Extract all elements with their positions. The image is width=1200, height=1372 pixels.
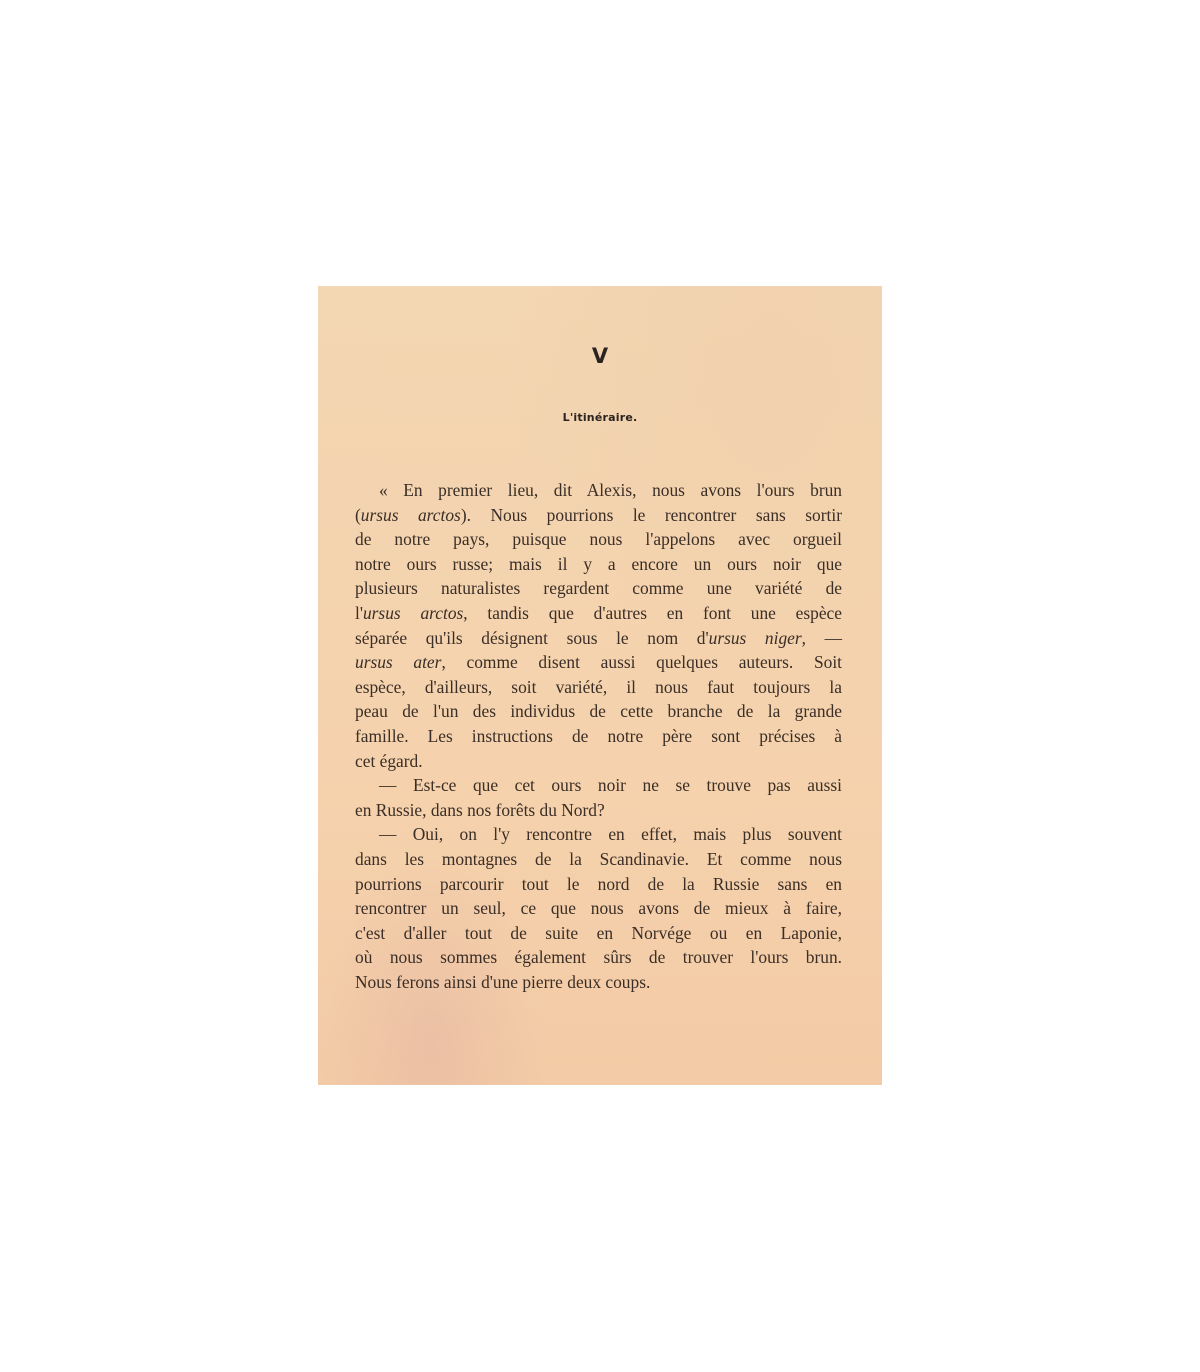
text-line: l'ursus arctos, tandis que d'autres en f… <box>355 601 842 626</box>
text-line: peau de l'un des individus de cette bran… <box>355 699 842 724</box>
paragraph-3: — Oui, on l'y rencontre en effet, mais p… <box>355 822 842 994</box>
text-line: où nous sommes également sûrs de trouver… <box>355 945 842 970</box>
text-line: « En premier lieu, dit Alexis, nous avon… <box>355 478 842 503</box>
paragraph-2: — Est-ce que cet ours noir ne se trouve … <box>355 773 842 822</box>
text-line: pourrions parcourir tout le nord de la R… <box>355 872 842 897</box>
text-line: rencontrer un seul, ce que nous avons de… <box>355 896 842 921</box>
body-text: « En premier lieu, dit Alexis, nous avon… <box>355 478 842 994</box>
text-line: — Oui, on l'y rencontre en effet, mais p… <box>355 822 842 847</box>
text-line: espèce, d'ailleurs, soit variété, il nou… <box>355 675 842 700</box>
book-page: V L'itinéraire. « En premier lieu, dit A… <box>318 286 882 1085</box>
text-line: c'est d'aller tout de suite en Norvége o… <box>355 921 842 946</box>
text-line: — Est-ce que cet ours noir ne se trouve … <box>355 773 842 798</box>
text-line: notre ours russe; mais il y a encore un … <box>355 552 842 577</box>
text-line: Nous ferons ainsi d'une pierre deux coup… <box>355 970 842 995</box>
chapter-title: L'itinéraire. <box>318 411 882 424</box>
text-line: plusieurs naturalistes regardent comme u… <box>355 576 842 601</box>
paragraph-1: « En premier lieu, dit Alexis, nous avon… <box>355 478 842 773</box>
text-line: séparée qu'ils désignent sous le nom d'u… <box>355 626 842 651</box>
text-line: famille. Les instructions de notre père … <box>355 724 842 749</box>
text-line: cet égard. <box>355 749 842 774</box>
text-line: dans les montagnes de la Scandinavie. Et… <box>355 847 842 872</box>
text-line: en Russie, dans nos forêts du Nord? <box>355 798 842 823</box>
chapter-number: V <box>318 344 882 368</box>
text-line: (ursus arctos). Nous pourrions le rencon… <box>355 503 842 528</box>
text-line: de notre pays, puisque nous l'appelons a… <box>355 527 842 552</box>
text-line: ursus ater, comme disent aussi quelques … <box>355 650 842 675</box>
